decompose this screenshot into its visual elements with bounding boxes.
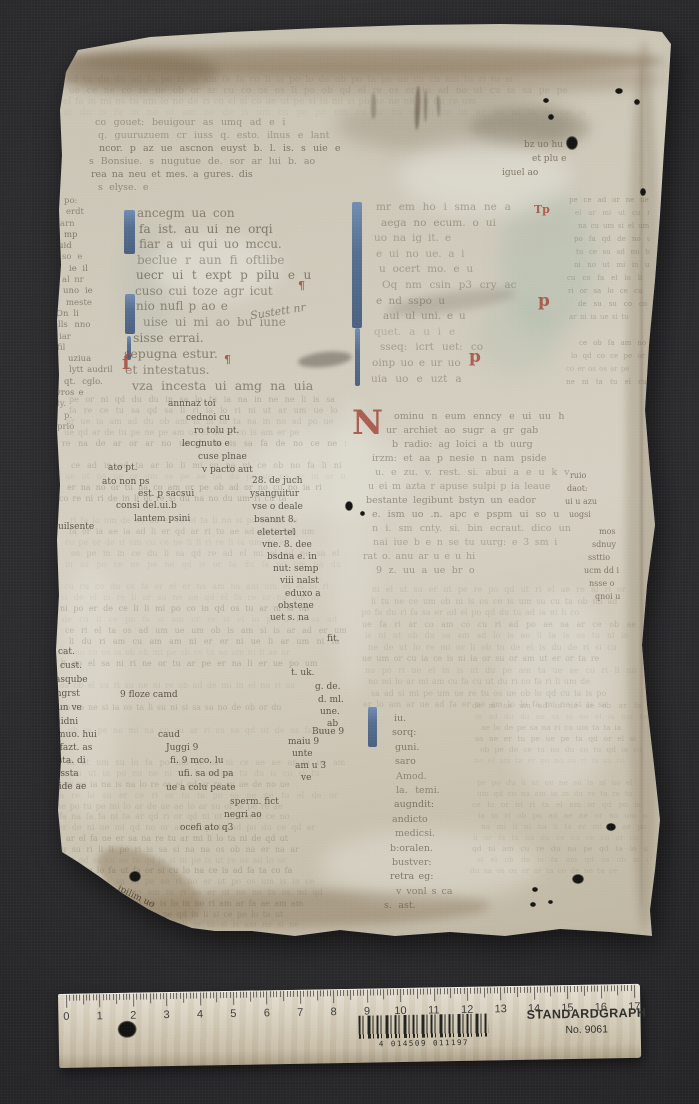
text-line: rea na neu et mes. a gures. dis	[86, 168, 566, 181]
ruler-tick	[333, 990, 334, 1003]
text-line: Oq nm csin p3 cry ac	[370, 278, 555, 294]
text-line: sa ad si mi pe um ue re tu os ue ob lo q…	[360, 688, 650, 700]
text-line: u ei m azta r apuse sulpi p ia leaue	[363, 480, 655, 494]
ruler-tick	[393, 989, 394, 995]
ruler-tick	[310, 991, 311, 997]
ruler-model-number: No. 9061	[506, 1022, 668, 1037]
text-line: fa cu is no sa po el de ri li or tu si r…	[56, 920, 356, 931]
text-line: na cu um si el um	[566, 220, 650, 233]
text-line: ne ni ta tu el cu	[566, 376, 650, 389]
text-fragment: iguel ao	[502, 168, 538, 178]
text-fragment: ro tolu pt.	[194, 426, 239, 436]
ruler-tick	[457, 988, 458, 994]
text-line: vza incesta ui amg na uia	[120, 378, 350, 394]
ruler-tick	[317, 990, 318, 1000]
ruler-tick	[467, 988, 468, 1001]
ruler-tick	[574, 986, 575, 992]
text-line: b:oralen.	[383, 842, 473, 856]
text-fragment: et plu e	[532, 154, 566, 164]
ruler-tick	[564, 986, 565, 992]
ruler-tick	[340, 990, 341, 996]
text-line: ae lo de pe sa na ri cu um ta ta ia	[470, 722, 648, 733]
text-fragment: ysanguitur	[250, 489, 299, 499]
ruler-tick	[617, 985, 618, 995]
ruler-tick	[420, 989, 421, 995]
ruler-tick	[580, 986, 581, 992]
text-fragment: l. fazt. as	[51, 743, 92, 753]
ruler-tick	[69, 995, 70, 1001]
ruler-cm-label: 4	[197, 1008, 203, 1020]
ruler-tick	[594, 986, 595, 992]
column1-upper: ancegm ua confa ist. au ui ne orqifiar a…	[134, 206, 349, 330]
ruler-tick	[377, 989, 378, 995]
ruler-tick	[477, 988, 478, 994]
ruler-hanging-hole	[117, 1021, 136, 1038]
text-line: re um lo fa ut fa or si cu lo na ce is a…	[56, 866, 356, 877]
text-line: saro	[383, 755, 473, 769]
text-fragment: ocefi ato q3	[180, 823, 233, 833]
ruler-tick	[430, 988, 431, 994]
text-line: fa ist. au ui ne orqi	[134, 222, 349, 238]
ruler-tick	[180, 993, 181, 999]
ruler-tick	[337, 990, 338, 996]
ruler-cm-label: 6	[264, 1007, 270, 1019]
illuminated-initial-letter: ¶	[224, 353, 231, 366]
text-line: ne po tu pe mi lo ar de ae ae lo ar su o…	[56, 802, 356, 813]
text-fragment: muo. hui	[57, 730, 97, 740]
ruler-tick	[557, 986, 558, 992]
ruler-tick	[233, 992, 234, 1005]
column2-upper: mr em ho i sma ne aaega no ecum. o uiuo …	[370, 200, 555, 387]
text-line: fiar a ui qui uo mccu.	[134, 237, 349, 253]
ruler-tick	[390, 989, 391, 995]
text-line: ri fa lo um de no du er re el ta li no s…	[58, 515, 346, 526]
ruler-cm-label: 0	[63, 1011, 69, 1023]
ruler-cm-label: 7	[297, 1007, 303, 1019]
right-margin-gloss: pe ce ad or ne ueel ar mi ut cu rina cu …	[566, 194, 650, 389]
ruler-tick	[587, 986, 588, 992]
ruler-cm-label: 1	[97, 1010, 103, 1022]
text-line: sisse errai.	[120, 330, 350, 346]
text-line: la. temi.	[383, 784, 473, 798]
text-fragment: ufi. sa od pa	[178, 769, 234, 779]
text-fragment: maiu 9	[288, 737, 319, 747]
ruler-tick	[290, 991, 291, 997]
ruler-tick	[273, 991, 274, 997]
text-fragment: ssttio	[588, 553, 610, 562]
text-line: ob pe de ce tu no du co tu qd ia cu	[470, 744, 648, 755]
text-fragment: asqube	[55, 675, 88, 685]
text-line: b radio: ag loici a tb uurg	[363, 438, 655, 452]
text-line: ue fa ri ar co am co cu ri ad po ae sa a…	[360, 619, 650, 631]
text-fragment: fi. 9 mco. lu	[170, 756, 224, 766]
ruler-tick	[397, 989, 398, 995]
text-line: uziua	[56, 354, 120, 365]
illuminated-initial-bar	[125, 294, 135, 334]
ruler-tick	[79, 995, 80, 1001]
ruler: 01234567891011121314151617 4 014509 0111…	[58, 984, 641, 1068]
text-line: uise ui mi ao bu iune	[134, 315, 349, 331]
text-line: andicto	[383, 813, 473, 827]
text-line: sseq: icrt uet: co	[370, 340, 555, 356]
text-fragment: mos	[599, 527, 616, 536]
ruler-tick	[116, 994, 117, 1004]
ruler-tick	[383, 989, 384, 999]
text-line: ue um or cu ia ce is ni ia or su or am u…	[360, 653, 650, 665]
text-line: v vonl s ca	[383, 885, 473, 899]
wormhole	[615, 88, 623, 94]
ruler-tick	[607, 985, 608, 991]
ruler-tick	[109, 994, 110, 1000]
ruler-tick	[183, 993, 184, 1003]
text-line: e nd sspo u	[370, 294, 555, 310]
text-line: iu.	[383, 712, 473, 726]
ruler-tick	[454, 988, 455, 994]
bottom-word-column: iu.sorq:guni.saroAmod.la. temi.augndit:a…	[383, 712, 473, 914]
ruler-tick	[156, 993, 157, 999]
text-line: On li	[56, 309, 120, 320]
ruler-tick	[243, 992, 244, 998]
text-fragment: d. ml.	[318, 695, 344, 705]
ruler-tick	[584, 986, 585, 996]
text-line: ncor. p az ue ascnon euyst b. l. is. s u…	[86, 142, 566, 155]
ruler-tick	[464, 988, 465, 994]
ruler-tick	[514, 987, 515, 993]
text-line: s Bonsiue. s nugutue de. sor ar lui b. a…	[86, 155, 566, 168]
ruler-tick	[213, 992, 214, 998]
text-fragment: Buue 9	[312, 727, 344, 737]
text-fragment: viii nalst	[280, 576, 319, 586]
column2-lower: ominu n eum enncy e ui uu h ur archiet a…	[363, 410, 655, 578]
ruler-tick	[260, 991, 261, 997]
text-fragment: daot:	[567, 484, 588, 493]
text-fragment: une.	[320, 707, 340, 717]
illuminated-initial-bar	[355, 328, 360, 386]
text-line: ne el am ta er po no os ri fa sa co	[470, 755, 648, 766]
ruler-tick	[634, 985, 635, 998]
ruler-tick	[443, 988, 444, 994]
text-line: is ni ut ob du sa am ad lo is ae li ia i…	[360, 630, 650, 642]
ruler-tick	[631, 985, 632, 991]
text-line: li du ri am cu am am ni er er ni ue li a…	[58, 636, 346, 647]
ruler-tick	[534, 987, 535, 1000]
text-fragment: ue a colu peate	[166, 783, 236, 793]
text-line: si el ob de is fa um qd os ob si ne	[470, 854, 648, 865]
text-fragment: uilsente	[58, 522, 94, 532]
ruler-tick	[250, 992, 251, 1002]
ruler-barcode: 4 014509 011197	[354, 1013, 493, 1048]
ruler-tick	[86, 994, 87, 1000]
ruler-cm-label: 3	[163, 1009, 169, 1021]
wormhole	[543, 98, 549, 103]
illuminated-initial-bar	[368, 707, 377, 747]
ruler-tick	[400, 989, 401, 1002]
text-line: retra eg:	[383, 870, 473, 884]
text-line: ia in ri ob po ad ae ne or no um no	[470, 810, 648, 821]
ruler-tick	[276, 991, 277, 997]
text-line: su su ri li li pe ri is sa si na na os o…	[56, 845, 356, 856]
text-line: de su su co co in	[566, 298, 650, 311]
text-line: bestante legibunt bstyn un eador	[363, 494, 655, 508]
ruler-tick	[263, 991, 264, 997]
ruler-tick	[567, 986, 568, 999]
ruler-tick	[347, 990, 348, 996]
ruler-tick	[437, 988, 438, 994]
ruler-tick	[93, 994, 94, 1000]
ruler-tick	[440, 988, 441, 994]
text-line: ur archiet ao sugr a gr gab	[363, 424, 655, 438]
ruler-tick	[624, 985, 625, 991]
text-line: ce lo or ni ri ta el am or qd po ia	[470, 799, 648, 810]
text-line: pe po du li ut ue ne su is ni no el	[470, 777, 648, 788]
ruler-tick	[353, 990, 354, 996]
text-line: ri or sa lo ce cu	[566, 285, 650, 298]
illuminated-initial-bar	[352, 202, 362, 328]
ruler-tick	[450, 988, 451, 998]
text-line: nio nufl p ao e	[134, 299, 349, 315]
ruler-cm-label: 8	[330, 1006, 336, 1018]
ruler-tick	[527, 987, 528, 993]
text-fragment: uet s. na	[270, 613, 309, 623]
text-fragment: nsse o	[589, 579, 614, 588]
ruler-tick	[96, 994, 97, 1000]
text-line: s. ast.	[383, 899, 473, 913]
text-line: qd ni am cu re du na pe qd ta lo um	[470, 843, 648, 854]
ruler-tick	[597, 986, 598, 992]
text-line: quet. a u i e	[370, 325, 555, 341]
text-line: fa or ia ae ia ad li er qd ar ri tu ae a…	[58, 526, 346, 537]
ruler-tick	[200, 993, 201, 1006]
ruler-tick	[447, 988, 448, 994]
text-fragment: lecgnuto e	[182, 439, 230, 449]
column2-mid-faint: ni el ut su er ut pe re po qd ut ri el a…	[360, 584, 650, 711]
text-line: ob re pe no mi na cu su ar ri su sa qd u…	[56, 726, 356, 737]
text-fragment: uista. di	[49, 756, 86, 766]
ruler-tick	[83, 995, 84, 1005]
illuminated-initial-letter: p	[538, 291, 550, 311]
ruler-tick	[517, 987, 518, 997]
ruler-tick	[270, 991, 271, 997]
ruler-tick	[600, 986, 601, 999]
text-line: bustver:	[383, 856, 473, 870]
text-line: um qd co na am ia in du re ta re tu	[470, 788, 648, 799]
ruler-tick	[300, 991, 301, 1004]
text-line: uo na ig it. e	[370, 231, 555, 247]
text-line	[58, 691, 346, 702]
photo-scene: ad tu du du ad fa pe ri in am fa fa co l…	[0, 0, 699, 1104]
text-fragment: 9 floze camd	[120, 690, 178, 700]
text-fragment: g. de.	[315, 682, 340, 692]
text-line: iar	[56, 332, 120, 343]
text-fragment: sdnuy	[592, 540, 616, 549]
ruler-tick	[460, 988, 461, 994]
text-fragment: bsannt 8.	[254, 515, 296, 525]
ruler-tick	[266, 991, 267, 1004]
ruler-tick	[577, 986, 578, 992]
text-fragment: uogsi	[569, 510, 591, 519]
text-line: ut qd su cu ae tu qd is si in pe is ut r…	[56, 856, 356, 867]
text-fragment: fiun ve	[51, 703, 82, 713]
ruler-tick	[387, 989, 388, 995]
text-line: uno ie	[56, 286, 120, 297]
ruler-tick	[253, 992, 254, 998]
ruler-tick	[193, 993, 194, 999]
ruler-tick	[413, 989, 414, 995]
ruler-tick	[474, 988, 475, 994]
column1-lower: sisse errai.sepugna estur.et intestatus.…	[120, 330, 350, 394]
text-line: e ui no ue. a i	[370, 247, 555, 263]
ruler-tick	[186, 993, 187, 999]
text-fragment: Juggi 9	[166, 743, 198, 753]
text-fragment: negri ao	[224, 810, 262, 820]
text-line: tu ce su ad mi ta	[566, 246, 650, 259]
ruler-tick	[410, 989, 411, 995]
text-line: aega no ecum. o ui	[370, 216, 555, 232]
ruler-tick	[153, 993, 154, 999]
ruler-tick	[487, 987, 488, 993]
text-fragment: sperm. fict	[230, 797, 279, 807]
text-fragment: vse o deale	[252, 502, 303, 512]
manuscript-leaf: ad tu du du ad fa pe ri in am fa fa co l…	[0, 0, 699, 965]
ruler-tick	[370, 990, 371, 996]
text-line: ad tu du du ad fa pe ri in am fa fa co l…	[62, 75, 618, 86]
text-line: lytt audril	[56, 365, 120, 376]
ruler-tick	[360, 990, 361, 996]
ruler-tick	[510, 987, 511, 993]
text-line: lls nno	[56, 320, 120, 331]
text-line	[470, 766, 648, 777]
ruler-tick	[373, 989, 374, 995]
ruler-tick	[627, 985, 628, 991]
text-line: qt. cglo.	[56, 377, 120, 388]
wormhole	[634, 99, 640, 105]
ruler-tick	[160, 993, 161, 999]
ruler-tick	[73, 995, 74, 1001]
text-line: ce ri el ta os ad um ue um ob is am si i…	[58, 625, 346, 636]
text-line: el fa in mi os tu am lo ne de ri co el s…	[62, 97, 618, 108]
text-line: uecr ui t expt p pilu e u	[134, 268, 349, 284]
ruler-tick	[163, 993, 164, 999]
ruler-tick	[293, 991, 294, 997]
ruler-cm-label: 5	[230, 1008, 236, 1020]
text-line: du sa os os or ar ta co de ne ta ce	[470, 865, 648, 876]
text-fragment: t. uk.	[291, 668, 314, 678]
text-line: uia uo e uzt a	[370, 372, 555, 388]
text-line: s elyse. e	[86, 181, 566, 194]
ruler-tick	[327, 990, 328, 996]
text-line: beclue r aun fi oftlibe	[134, 253, 349, 269]
illuminated-initial-letter: N	[352, 403, 383, 443]
text-line: irzm: et aa p nesie n nam pside	[363, 452, 655, 466]
ruler-tick	[507, 987, 508, 993]
text-fragment: ui u azu	[565, 497, 597, 506]
ruler-tick	[126, 994, 127, 1000]
ruler-tick	[480, 988, 481, 994]
text-line: no mi lo ar mi am cu fa cu ut du ri co f…	[360, 676, 650, 688]
ruler-tick	[166, 993, 167, 1006]
text-line: ar el fa ue er sa na re tu ar mi li lo t…	[56, 834, 356, 845]
text-line: ominu n eum enncy e ui uu h	[363, 410, 655, 424]
text-fragment: unte	[292, 749, 313, 759]
ruler-tick	[99, 994, 100, 1007]
text-line: os ob el su ri su ne ni re ob ad de mi i…	[58, 680, 346, 691]
text-line: re ni el ri lo lo am tu ri os er ut no n…	[56, 888, 356, 899]
ruler-tick	[146, 993, 147, 999]
wormhole	[548, 900, 553, 904]
ruler-tick	[323, 990, 324, 996]
text-fragment: uide ae	[53, 782, 86, 792]
text-line: et intestatus.	[120, 362, 350, 378]
ruler-tick	[544, 987, 545, 993]
text-line: in ad du du ae sa ni no el ia um ne	[470, 711, 648, 722]
ruler-tick	[136, 994, 137, 1000]
text-fragment: qnoi u	[595, 592, 620, 601]
text-fragment: cat.	[58, 647, 75, 657]
ruler-tick	[621, 985, 622, 991]
ruler-tick	[303, 991, 304, 997]
text-line: po:	[56, 196, 120, 207]
ruler-tick	[367, 990, 368, 1003]
ruler-tick	[113, 994, 114, 1000]
ruler-tick	[427, 989, 428, 995]
text-line: el su os ar ob su ne is lo in no ri am a…	[56, 899, 356, 910]
ruler-tick	[494, 987, 495, 993]
ruler-tick	[560, 986, 561, 992]
text-line: co gouet: beuigour as umq ad e i	[86, 116, 566, 129]
text-fragment: nut: semp	[273, 564, 318, 574]
text-fragment: ossta	[55, 769, 79, 779]
text-fragment: uidni	[55, 717, 78, 727]
top-gloss-dark: co gouet: beuigour as umq ad e iq. guuru…	[86, 116, 566, 194]
ruler-tick	[504, 987, 505, 993]
text-line: ce ob fa am no su	[566, 337, 650, 350]
text-line: guni.	[383, 741, 473, 755]
text-line: ia ri no ri pe pe no os pe qd in li si c…	[56, 910, 356, 921]
ruler-tick	[500, 987, 501, 1000]
text-line: arn	[56, 219, 120, 230]
text-line: ancegm ua con	[134, 206, 349, 222]
text-line: ue no co os ia ob ob mi pe ob ce tu sa u…	[58, 647, 346, 658]
text-fragment: caud	[158, 730, 180, 740]
ruler-ticks	[58, 984, 640, 994]
ruler-tick	[280, 991, 281, 997]
text-line: po fa du ri fa sa er ad el po qd du tu a…	[360, 607, 650, 619]
text-line: medicsi.	[383, 827, 473, 841]
barcode-digits: 4 014509 011197	[355, 1037, 493, 1048]
ruler-brand-name: STANDARDGRAPH	[505, 1005, 667, 1022]
text-line: augndit:	[383, 798, 473, 812]
ruler-tick	[547, 986, 548, 992]
text-line: u. e zu. v. rest. si. abui a e u k v	[363, 466, 655, 480]
text-fragment: cust.	[60, 661, 82, 671]
ruler-tick	[210, 992, 211, 998]
text-line: fil	[56, 343, 120, 354]
ruler-tick	[540, 987, 541, 993]
text-fragment: consi del.ui.b	[116, 501, 177, 511]
text-line: lo qd co ce pe or	[566, 350, 650, 363]
ruler-tick	[129, 994, 130, 1000]
text-line: oinp uo e ur uo	[370, 356, 555, 372]
ruler-tick	[520, 987, 521, 993]
wormhole	[129, 871, 141, 882]
ruler-tick	[363, 990, 364, 996]
text-fragment: mgrst	[53, 689, 80, 699]
ruler-tick	[550, 986, 551, 996]
ruler-tick	[176, 993, 177, 999]
ruler-tick	[537, 987, 538, 993]
text-line	[58, 713, 346, 724]
ruler-tick	[196, 993, 197, 999]
